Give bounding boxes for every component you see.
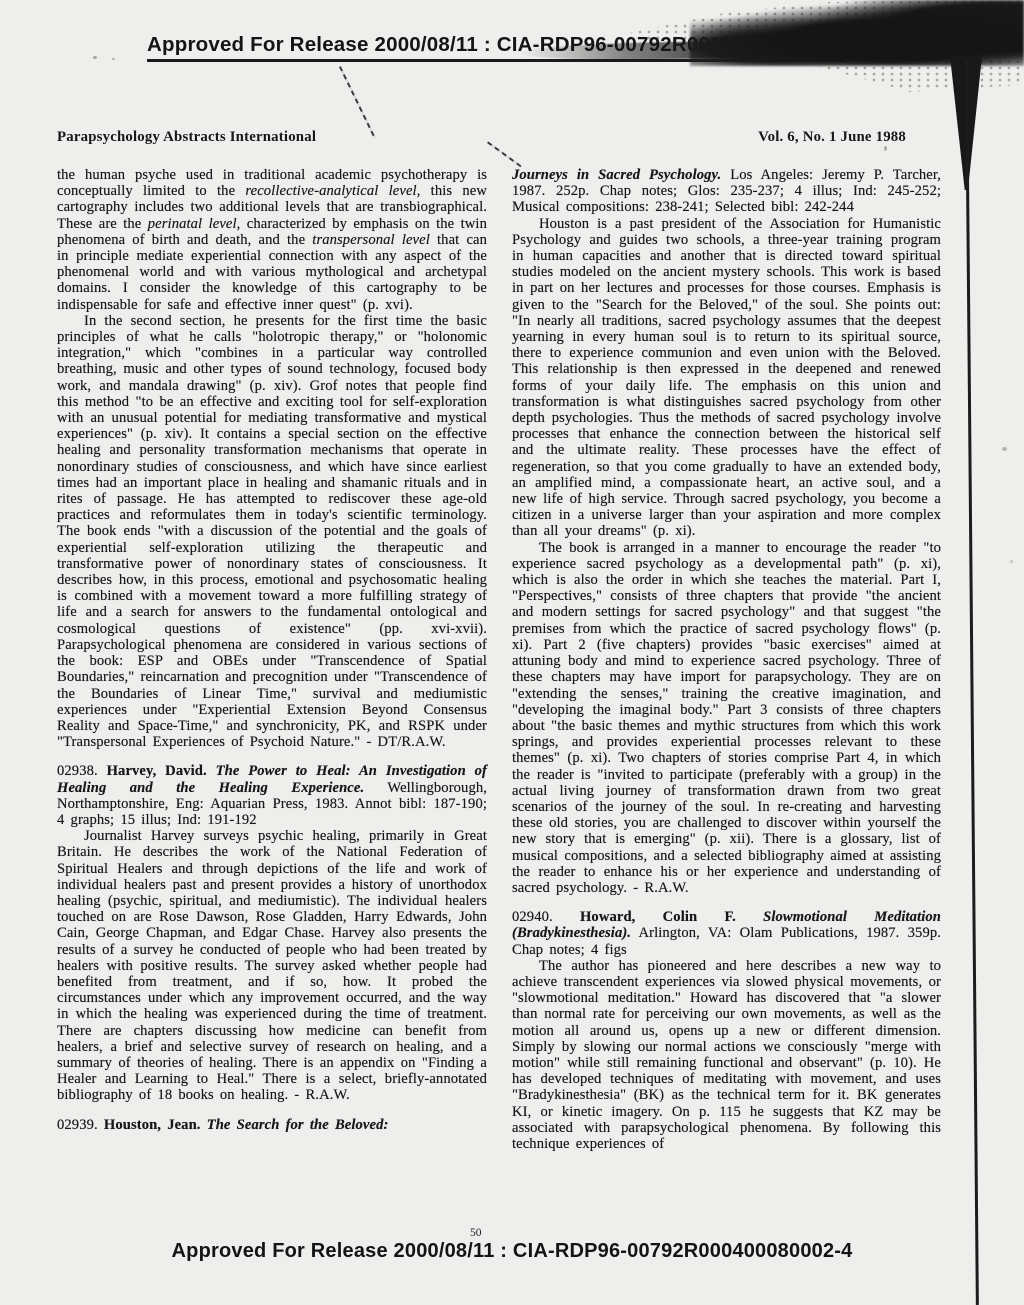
right-column: Journeys in Sacred Psychology. Los Angel… — [512, 167, 941, 1152]
issue-info: Vol. 6, No. 1 June 1988 — [758, 129, 906, 146]
text-run: perinatal level — [148, 216, 237, 232]
text-run: The author has pioneered and here descri… — [512, 958, 941, 1152]
scanned-document-page: Approved For Release 2000/08/11 : CIA-RD… — [0, 0, 1024, 1305]
grof-continuation-paragraph: the human psyche used in traditional aca… — [57, 167, 487, 313]
text-run: Harvey, David. — [107, 763, 207, 779]
paper-speck — [112, 58, 115, 60]
text-run: recollective-analytical level — [245, 183, 416, 199]
text-run — [98, 763, 107, 779]
text-run: 02938. — [57, 763, 98, 779]
crease-mark-upper — [339, 66, 376, 139]
text-run: Howard, Colin F. — [580, 909, 736, 925]
entry-heading-02939: 02939. Houston, Jean. The Search for the… — [57, 1117, 487, 1133]
text-run: Houston, Jean. — [104, 1117, 201, 1133]
text-run: 02939. — [57, 1117, 98, 1133]
text-run — [207, 763, 216, 779]
entry-02939-title-continuation: Journeys in Sacred Psychology. Los Angel… — [512, 167, 941, 216]
page-number: 50 — [470, 1227, 482, 1239]
entry-abstract-02939-part1: Houston is a past president of the Assoc… — [512, 216, 941, 540]
text-run: In the second section, he presents for t… — [57, 313, 487, 750]
text-run: Journalist Harvey surveys psychic healin… — [57, 828, 487, 1103]
text-run — [736, 909, 763, 925]
text-run: 02940. — [512, 909, 553, 925]
entry-abstract-02939-part2: The book is arranged in a manner to enco… — [512, 540, 941, 896]
text-run: Houston is a past president of the Assoc… — [512, 216, 941, 540]
text-run: The Search for the Beloved: — [207, 1117, 389, 1133]
entry-abstract-02938: Journalist Harvey surveys psychic healin… — [57, 828, 487, 1103]
entry-heading-02940: 02940. Howard, Colin F. Slowmotional Med… — [512, 909, 941, 958]
text-run — [553, 909, 580, 925]
grof-abstract-paragraph: In the second section, he presents for t… — [57, 313, 487, 750]
scan-artifact-vertical-line — [965, 60, 978, 1305]
paper-speck — [884, 146, 887, 151]
text-run: The book is arranged in a manner to enco… — [512, 540, 941, 896]
entry-heading-02938: 02938. Harvey, David. The Power to Heal:… — [57, 763, 487, 828]
left-column: the human psyche used in traditional aca… — [57, 167, 487, 1133]
paper-speck — [93, 56, 97, 59]
crease-mark-lower — [487, 141, 522, 167]
paper-speck — [1002, 447, 1007, 451]
bottom-release-stamp: Approved For Release 2000/08/11 : CIA-RD… — [172, 1240, 853, 1263]
text-run: transpersonal level — [312, 232, 430, 248]
text-run: Journeys in Sacred Psychology. — [512, 167, 721, 183]
journal-title: Parapsychology Abstracts International — [57, 129, 316, 146]
paper-speck — [1010, 560, 1013, 563]
entry-abstract-02940: The author has pioneered and here descri… — [512, 958, 941, 1152]
